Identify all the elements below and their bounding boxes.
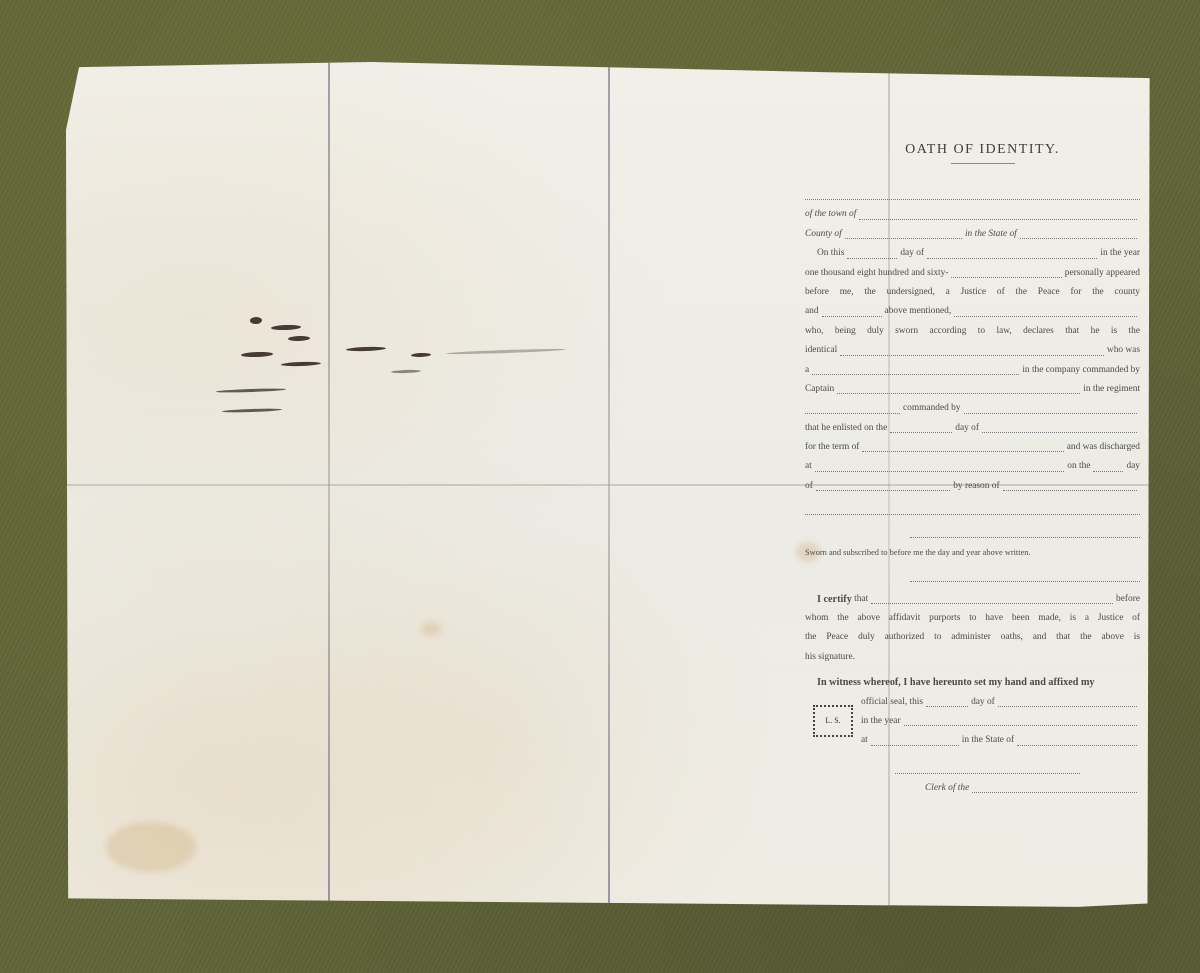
discharge-month-field[interactable] xyxy=(816,490,950,491)
state-field[interactable] xyxy=(1020,238,1137,239)
label-commanded: commanded by xyxy=(903,399,961,418)
fold-line xyxy=(608,62,610,912)
label-reason: by reason of xyxy=(953,477,999,496)
county-field[interactable] xyxy=(845,238,962,239)
label-captain: Captain xyxy=(805,380,834,399)
year-field[interactable] xyxy=(951,277,1061,278)
seal-year-field[interactable] xyxy=(904,725,1137,726)
label-before: before xyxy=(1116,590,1140,609)
seal-place-field[interactable] xyxy=(871,745,959,746)
name2-field[interactable] xyxy=(954,316,1137,317)
text-sworn: Sworn and subscribed to before me the da… xyxy=(805,543,1140,562)
stain xyxy=(421,622,441,636)
label-identical: identical xyxy=(805,341,837,360)
reason2-field[interactable] xyxy=(805,500,1140,515)
label-regiment: in the regiment xyxy=(1083,380,1140,399)
enlist-day-field[interactable] xyxy=(890,432,952,433)
commander-field[interactable] xyxy=(964,413,1137,414)
day-field[interactable] xyxy=(847,258,897,259)
label-town: of the town of xyxy=(805,205,856,224)
label-enlisted: that he enlisted on the xyxy=(805,419,887,438)
justice-name-field[interactable] xyxy=(871,603,1113,604)
label-year-prefix: one thousand eight hundred and sixty- xyxy=(805,264,948,283)
label-certify: I certify xyxy=(817,590,852,609)
label-who-was: who was xyxy=(1107,341,1140,360)
discharge-day-field[interactable] xyxy=(1093,471,1123,472)
enlist-month-field[interactable] xyxy=(982,432,1137,433)
label-day-of2: day of xyxy=(955,419,979,438)
deponent-signature-field[interactable] xyxy=(910,523,1140,538)
regiment-field[interactable] xyxy=(805,413,900,414)
label-day: day xyxy=(1126,457,1140,476)
text-signature: his signature. xyxy=(805,648,1140,667)
label-at: at xyxy=(805,457,812,476)
month-field[interactable] xyxy=(927,258,1097,259)
reason-field[interactable] xyxy=(1003,490,1137,491)
label-above: above mentioned, xyxy=(885,302,952,321)
label-on-this: On this xyxy=(817,244,844,263)
form-title: OATH OF IDENTITY. xyxy=(825,140,1140,159)
label-term: for the term of xyxy=(805,438,859,457)
label-discharged: and was discharged xyxy=(1067,438,1140,457)
text-peace: the Peace duly authorized to administer … xyxy=(805,628,1140,647)
label-clerk: Clerk of the xyxy=(925,779,969,798)
county2-field[interactable] xyxy=(822,316,882,317)
identical-field[interactable] xyxy=(840,355,1104,356)
label-a: a xyxy=(805,361,809,380)
label-in-year2: in the year xyxy=(861,712,901,731)
seal-box: L. S. xyxy=(813,705,853,737)
label-and: and xyxy=(805,302,819,321)
text-before-me: before me, the undersigned, a Justice of… xyxy=(805,283,1140,302)
discharge-place-field[interactable] xyxy=(815,471,1064,472)
justice-signature-field[interactable] xyxy=(910,567,1140,582)
clerk-signature-field[interactable] xyxy=(895,759,1080,774)
fold-line xyxy=(328,62,330,912)
label-company: in the company commanded by xyxy=(1022,361,1140,380)
label-at2: at xyxy=(861,731,868,750)
stain xyxy=(106,822,196,872)
label-state2: in the State of xyxy=(962,731,1014,750)
label-personally: personally appeared xyxy=(1065,264,1140,283)
seal-month-field[interactable] xyxy=(998,706,1137,707)
label-on-the: on the xyxy=(1067,457,1090,476)
text-whom: whom the above affidavit purports to hav… xyxy=(805,609,1140,628)
label-county: County of xyxy=(805,225,842,244)
rank-field[interactable] xyxy=(812,374,1019,375)
oath-form: OATH OF IDENTITY. of the town of County … xyxy=(805,140,1140,798)
title-rule xyxy=(951,163,1015,164)
label-of: of xyxy=(805,477,813,496)
label-day-of: day of xyxy=(900,244,924,263)
name-field[interactable] xyxy=(805,185,1140,200)
clerk-court-field[interactable] xyxy=(972,792,1137,793)
text-witness: In witness whereof, I have hereunto set … xyxy=(817,673,1095,692)
seal-day-field[interactable] xyxy=(926,706,968,707)
label-day-of3: day of xyxy=(971,693,995,712)
town-field[interactable] xyxy=(859,219,1137,220)
seal-state-field[interactable] xyxy=(1017,745,1137,746)
label-that: that xyxy=(854,590,868,609)
text-who-being: who, being duly sworn according to law, … xyxy=(805,322,1140,341)
captain-field[interactable] xyxy=(837,393,1080,394)
label-official-seal: official seal, this xyxy=(861,693,923,712)
label-state: in the State of xyxy=(965,225,1017,244)
label-in-year: in the year xyxy=(1100,244,1140,263)
term-field[interactable] xyxy=(862,451,1063,452)
